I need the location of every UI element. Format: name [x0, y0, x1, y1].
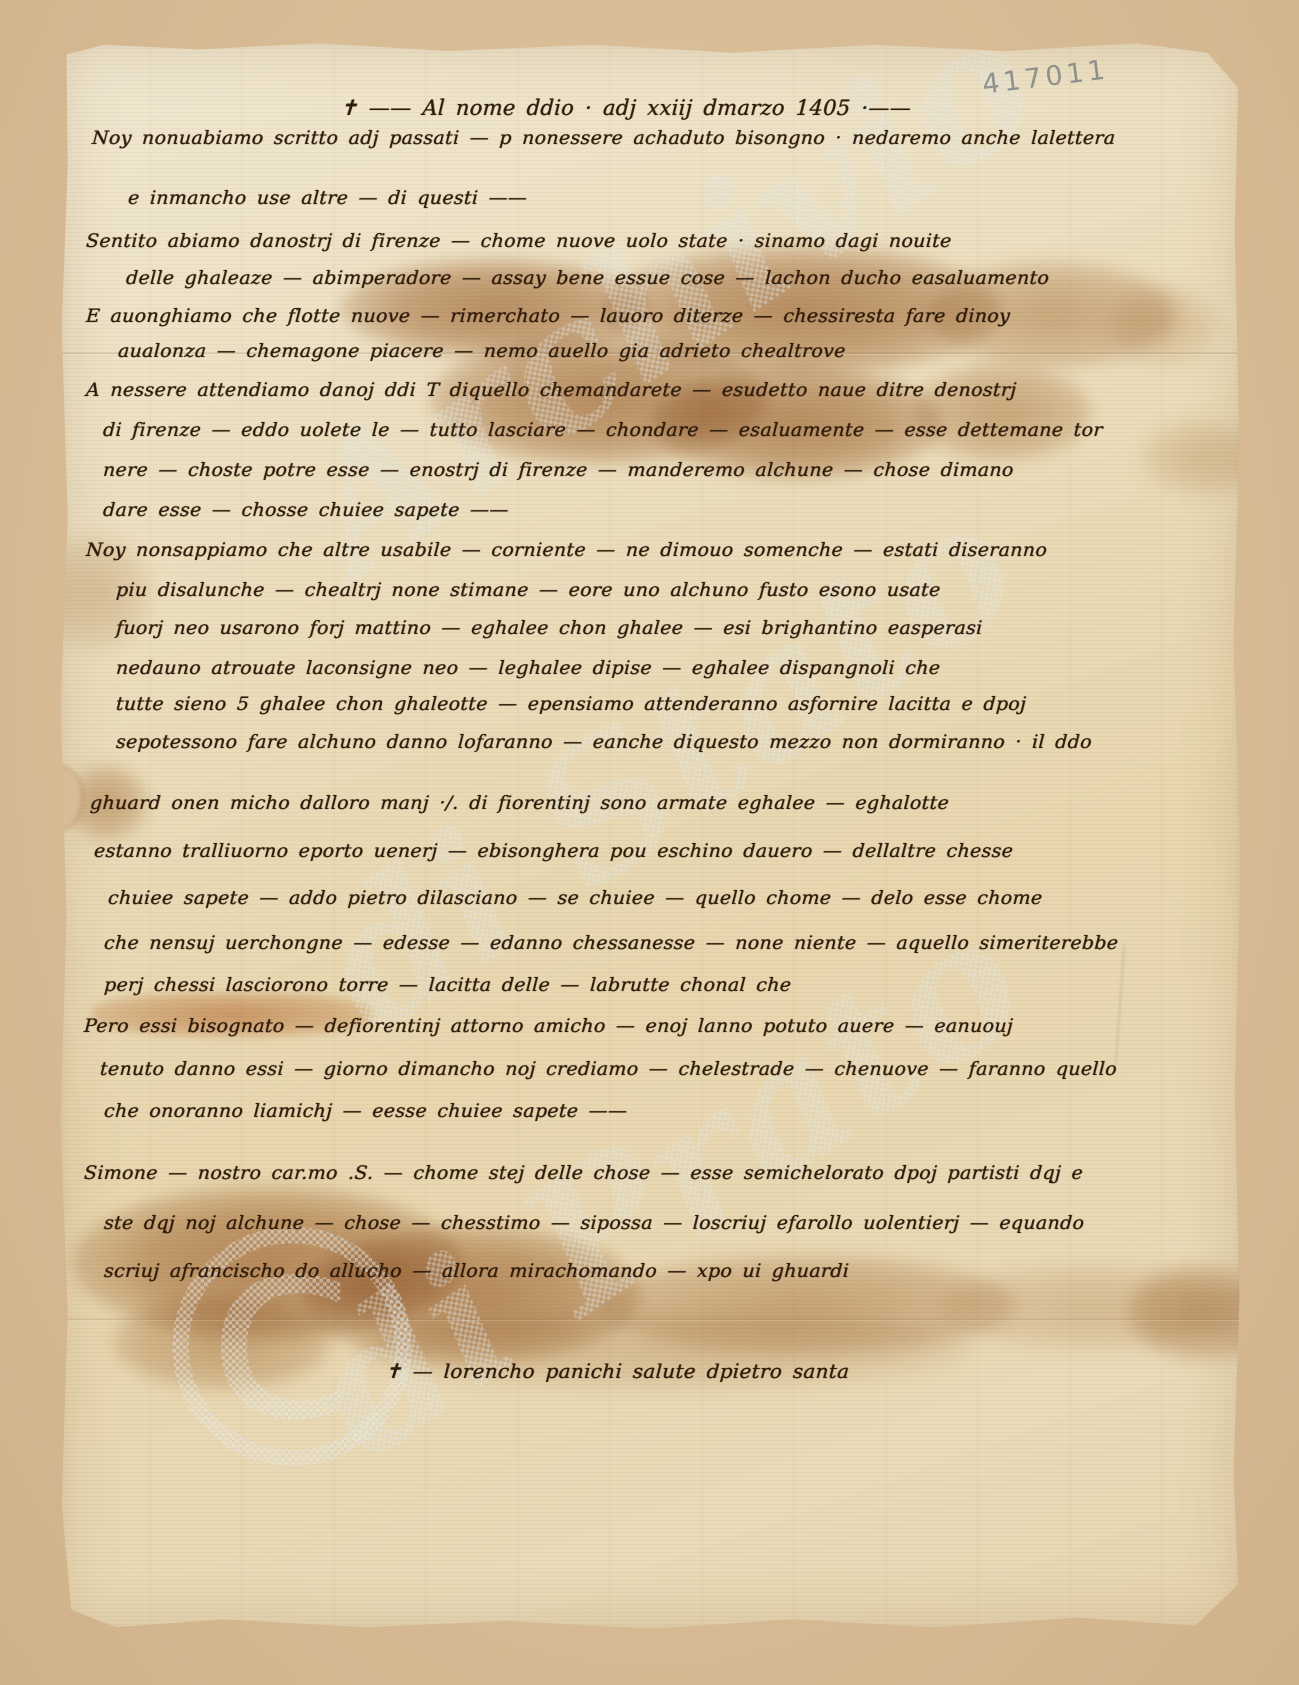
manuscript-line: chuiee sapete — addo pietro dilasciano —… — [107, 885, 1043, 911]
stain-blob — [302, 1225, 642, 1365]
manuscript-line: che onoranno liamichj — eesse chuiee sap… — [103, 1098, 628, 1124]
stain-blob — [1127, 1265, 1277, 1360]
manuscript-line: perj chessi lasciorono torre — lacitta d… — [103, 972, 792, 998]
manuscript-line: estanno tralliuorno eporto uenerj — ebis… — [93, 838, 1014, 864]
manuscript-line: Simone — nostro car.mo .S. — chome stej … — [83, 1160, 1083, 1186]
manuscript-line: e inmancho use altre — di questi —— — [127, 185, 528, 211]
header-date-line: ✝ —— Al nome ddio · adj xxiij dmarzo 140… — [339, 95, 911, 121]
manuscript-line: scriuj afrancischo do allucho — allora m… — [103, 1258, 850, 1284]
fold-crease — [57, 1318, 1243, 1321]
manuscript-line: ste dqj noj alchune — chose — chesstimo … — [103, 1210, 1085, 1236]
manuscript-line: Noy nonsappiamo che altre usabile — corn… — [85, 537, 1047, 563]
manuscript-line: dare esse — chosse chuiee sapete —— — [102, 497, 509, 523]
manuscript-line: E auonghiamo che flotte nuove — rimercha… — [85, 303, 1010, 329]
manuscript-line: nere — choste potre esse — enostrj di fi… — [102, 457, 1014, 483]
archive-number: 417011 — [981, 54, 1111, 100]
stain-blob — [937, 1265, 1247, 1350]
manuscript-line: aualonza — chemagone piacere — nemo auel… — [117, 338, 846, 364]
manuscript-line: fuorj neo usarono forj mattino — eghalee… — [115, 615, 983, 641]
manuscript-line: tenuto danno essi — giorno dimancho noj … — [99, 1056, 1117, 1082]
manuscript-line: Pero essi bisognato — defiorentinj attor… — [83, 1013, 1013, 1039]
manuscript-line: sepotessono fare alchuno danno lofaranno… — [115, 729, 1092, 755]
manuscript-line: che nensuj uerchongne — edesse — edanno … — [103, 930, 1119, 956]
manuscript-line: ghuard onen micho dalloro manj ·/. di fi… — [89, 790, 949, 816]
manuscript-line: A nessere attendiamo danoj ddi T diquell… — [85, 377, 1017, 403]
manuscript-line: Sentito abiamo danostrj di firenze — cho… — [85, 228, 952, 254]
stain-blob — [1142, 420, 1262, 495]
archive-scan-backdrop: Archivio di Stato di Prato © 417011 ✝ ——… — [0, 0, 1299, 1685]
pencil-scribble — [1115, 945, 1139, 1066]
manuscript-line: di firenze — eddo uolete le — tutto lasc… — [102, 417, 1103, 443]
signature-line: ✝ — lorencho panichi salute dpietro sant… — [384, 1358, 850, 1384]
manuscript-line: delle ghaleaze — abimperadore — assay be… — [125, 265, 1050, 291]
manuscript-line: nedauno atrouate laconsigne neo — leghal… — [115, 655, 941, 681]
paper-tear — [41, 768, 81, 828]
manuscript-line: Noy nonuabiamo scritto adj passati — p n… — [91, 125, 1116, 151]
stain-blob — [112, 1295, 332, 1390]
stain-blob — [1107, 285, 1217, 365]
manuscript-line: tutte sieno 5 ghalee chon ghaleotte — ep… — [115, 691, 1027, 717]
manuscript-page: Archivio di Stato di Prato © 417011 ✝ ——… — [57, 40, 1243, 1632]
manuscript-line: piu disalunche — chealtrj none stimane —… — [115, 577, 941, 603]
watermark-text: di Prato — [57, 679, 1243, 1632]
